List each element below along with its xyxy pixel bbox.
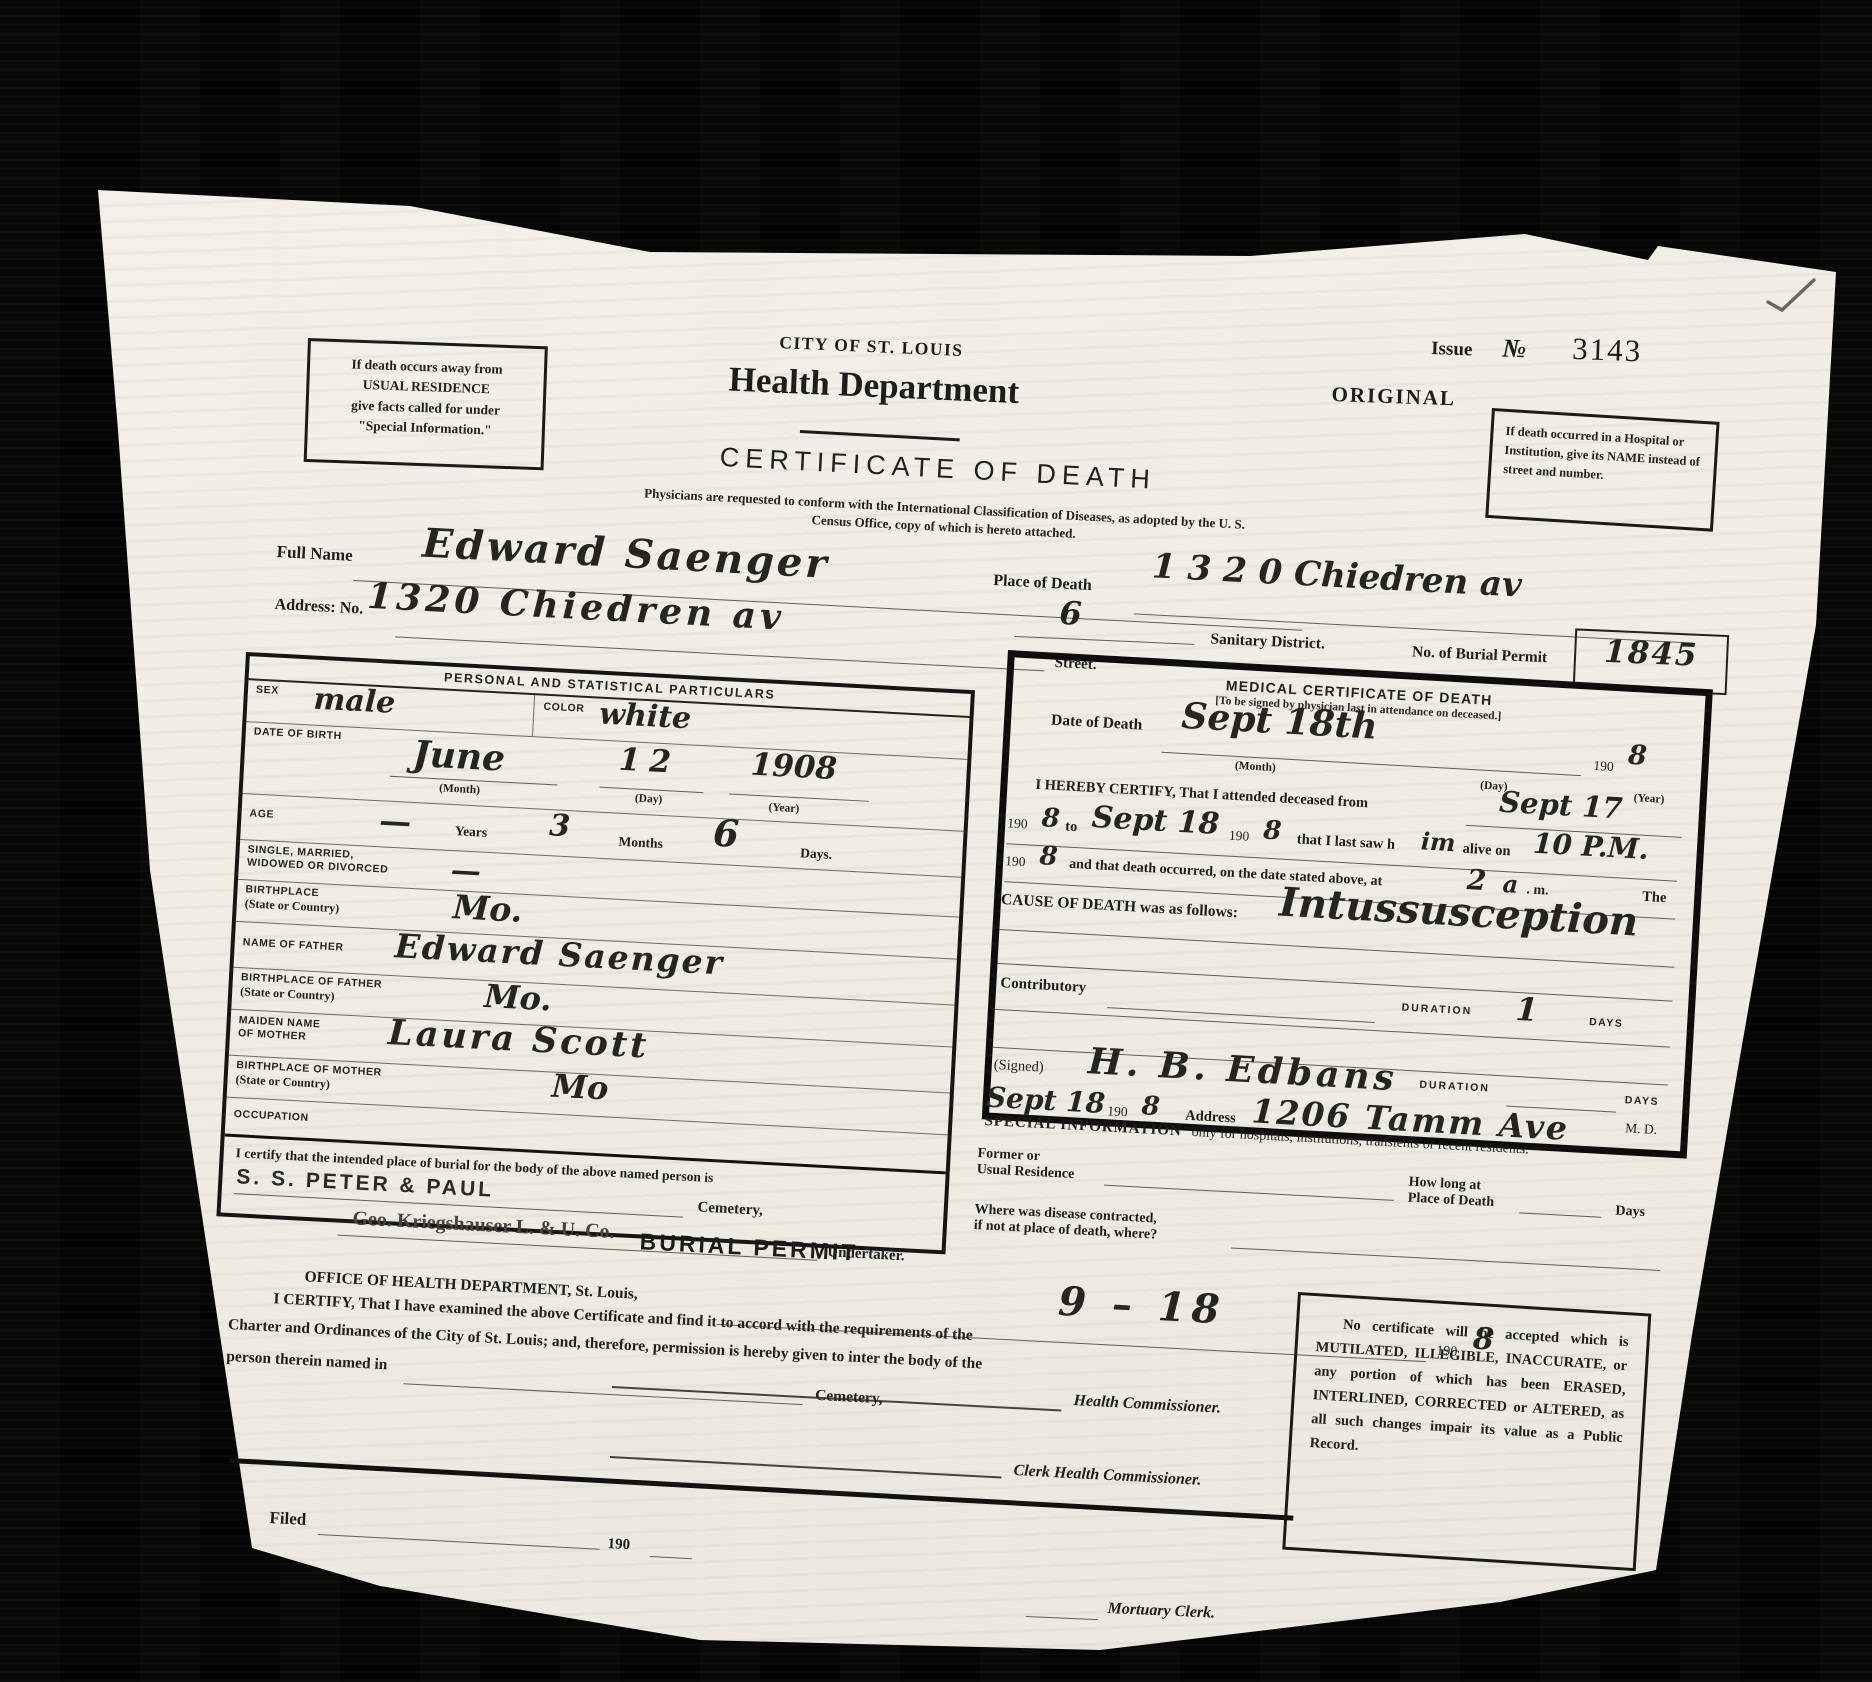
usual-residence-notice-box: If death occurs away from USUAL RESIDENC…: [304, 338, 548, 470]
father-birthplace-value: Mo.: [483, 977, 552, 1018]
last-saw-text: that I last saw h: [1296, 831, 1395, 853]
months-caption: Months: [618, 834, 663, 852]
sex-label: SEX: [256, 684, 279, 698]
age-label: AGE: [249, 807, 274, 821]
md-label: M. D.: [1625, 1120, 1658, 1138]
year-digit: 8: [1627, 740, 1647, 772]
date-of-death-line: [1162, 752, 1581, 776]
dob-year-value: 1908: [750, 747, 838, 787]
address-label: Address: No.: [274, 596, 363, 619]
warning-text: No certificate will be accepted which is…: [1309, 1312, 1629, 1474]
occupation-label: OCCUPATION: [233, 1108, 309, 1125]
age-days-value: 6: [712, 811, 740, 856]
place-of-death-label: Place of Death: [993, 572, 1092, 595]
filed-year-printed: 190: [607, 1536, 630, 1554]
birthplace-value: Mo.: [452, 887, 523, 930]
alive-on-text: alive on: [1462, 841, 1511, 861]
disease-contracted-line: [1231, 1247, 1660, 1271]
year-printed: 190: [1593, 758, 1614, 775]
sex-value: male: [313, 682, 396, 721]
burial-permit-value: 1845: [1604, 634, 1700, 674]
personal-particulars-box: PERSONAL AND STATISTICAL PARTICULARS SEX…: [216, 652, 975, 1254]
original-label: ORIGINAL: [1331, 382, 1456, 411]
cause-of-death-label: CAUSE OF DEATH was as follows:: [1001, 891, 1239, 922]
sex-color-divider: [532, 695, 535, 736]
attended-to-value: Sept 18: [1091, 800, 1221, 842]
year-caption: (Year): [768, 802, 799, 816]
warning-box: No certificate will be accepted which is…: [1282, 1292, 1651, 1571]
permit-certify-line-3: person therein named in: [226, 1348, 388, 1374]
month-caption: (Month): [1235, 760, 1276, 774]
dob-year-line: [729, 793, 869, 801]
color-value: white: [598, 697, 692, 737]
duration-label: DURATION: [1419, 1079, 1490, 1095]
days-word: Days: [1615, 1203, 1645, 1221]
state-or-country-caption: (State or Country): [244, 896, 339, 916]
cemetery-caption: Cemetery,: [697, 1199, 763, 1219]
month-caption: (Month): [439, 782, 480, 796]
mother-name-label-2: OF MOTHER: [238, 1027, 307, 1043]
permit-date-value: 9 – 18: [1057, 1278, 1227, 1334]
duration-value: 1: [1515, 990, 1539, 1029]
contributory-label: Contributory: [1000, 975, 1087, 997]
pen-checkmark: [1762, 270, 1832, 320]
year-printed: 190: [1007, 815, 1028, 832]
contributory-line: [1107, 1007, 1375, 1023]
dob-day-value: 12: [618, 742, 681, 781]
signed-label: (Signed): [993, 1057, 1044, 1077]
medical-certificate-box: MEDICAL CERTIFICATE OF DEATH [To be sign…: [982, 650, 1713, 1159]
age-years-value: —: [378, 801, 412, 841]
age-months-value: 3: [548, 808, 571, 844]
year-printed: 190: [1229, 828, 1250, 845]
date-of-death-label: Date of Death: [1051, 712, 1143, 735]
color-label: COLOR: [543, 701, 585, 716]
numero-symbol: №: [1502, 333, 1527, 363]
attended-from-value: Sept 17: [1498, 785, 1623, 826]
burial-permit-label: No. of Burial Permit: [1412, 643, 1548, 667]
days-label: DAYS: [1624, 1094, 1659, 1108]
year-digit: 8: [1041, 803, 1061, 834]
full-name-label: Full Name: [276, 542, 353, 566]
issue-number: 3143: [1572, 331, 1643, 368]
marital-label-2: WIDOWED OR DIVORCED: [247, 856, 389, 876]
signed-value: H. B. Edbans: [1087, 1040, 1399, 1099]
the-word: The: [1642, 889, 1667, 907]
mother-birthplace-value: Mo: [551, 1067, 610, 1108]
filed-label: Filed: [269, 1508, 307, 1530]
years-caption: Years: [454, 823, 487, 841]
marital-value: —: [450, 853, 482, 890]
date-of-birth-label: DATE OF BIRTH: [254, 726, 343, 743]
scanned-death-certificate: If death occurs away from USUAL RESIDENC…: [0, 0, 1872, 1682]
usual-residence-label: Usual Residence: [976, 1162, 1074, 1183]
how-long-line: [1519, 1212, 1601, 1217]
year-digit: 8: [1262, 816, 1282, 847]
dob-day-line: [599, 787, 703, 793]
line: [997, 963, 1672, 1002]
duration-label: DURATION: [1401, 1002, 1472, 1018]
hospital-notice-box: If death occurred in a Hospital or Insti…: [1485, 408, 1719, 532]
cause-of-death-value: Intussusception: [1278, 879, 1639, 946]
year-caption: (Year): [1633, 792, 1664, 806]
year-digit: 8: [1141, 1091, 1161, 1122]
year-printed: 190: [1005, 853, 1026, 870]
sanitary-district-line: [1014, 636, 1194, 645]
day-caption: (Day): [635, 793, 663, 806]
year-digit: 8: [1039, 841, 1059, 872]
alive-time-value: 10 P.M.: [1532, 827, 1649, 866]
former-residence-line: [1104, 1185, 1394, 1201]
place-of-death-label2: Place of Death: [1407, 1191, 1494, 1211]
him-value: im: [1420, 826, 1456, 857]
days-caption: Days.: [800, 845, 833, 863]
issue-number-row: Issue № 3143: [1431, 326, 1643, 369]
to-word: to: [1065, 818, 1078, 836]
sanitary-district-label: Sanitary District.: [1210, 631, 1325, 654]
dob-month-value: June: [412, 733, 506, 780]
days-label: DAYS: [1589, 1016, 1624, 1030]
issue-label: Issue: [1431, 338, 1473, 360]
father-name-label: NAME OF FATHER: [242, 936, 343, 954]
sanitary-district-value: 6: [1059, 594, 1083, 633]
